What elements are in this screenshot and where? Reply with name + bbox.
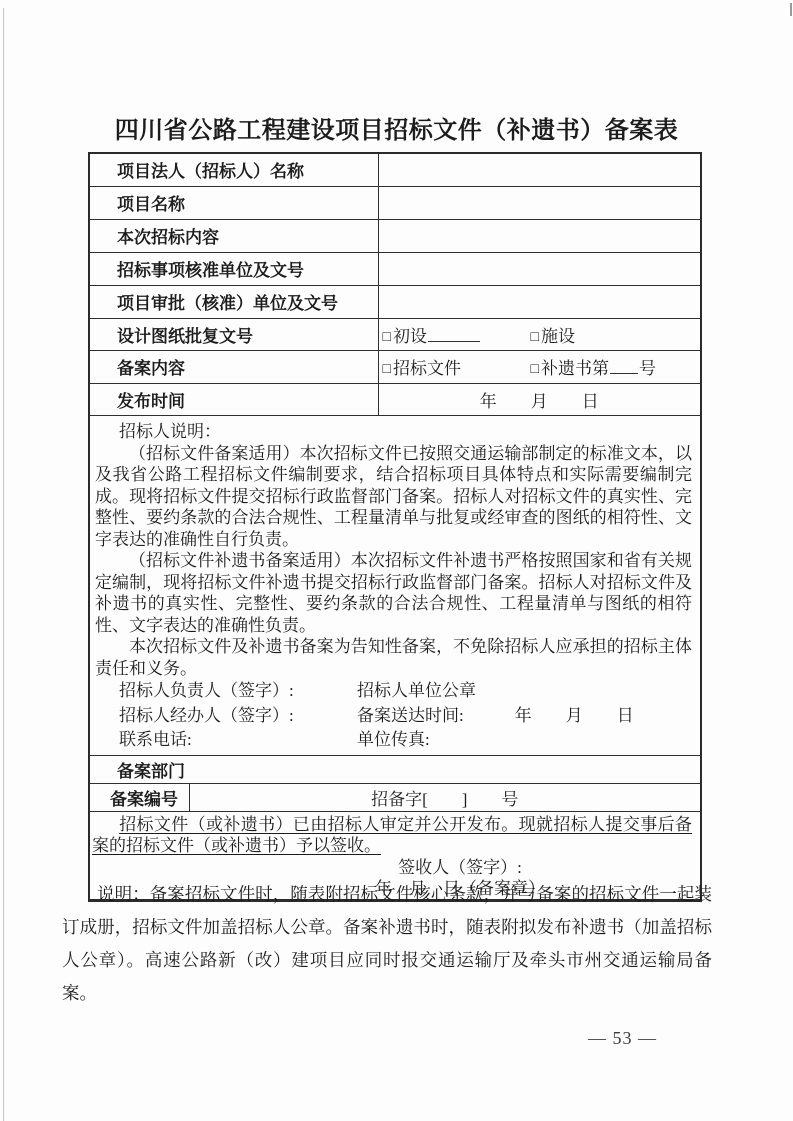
scan-corner-mark <box>790 3 792 16</box>
table-row-bidder-statement: 招标人说明： （招标文件备案适用）本次招标文件已按照交通运输部制定的标准文本，以… <box>89 415 701 755</box>
option-supplement-number: □补遗书第号 <box>531 359 656 378</box>
record-number-value: 招备字[ ] 号 <box>189 783 701 811</box>
record-department-label: 备案部门 <box>89 755 701 783</box>
table-row: 项目法人（招标人）名称 <box>89 153 701 186</box>
table-row: 项目审批（核准）单位及文号 <box>89 285 701 318</box>
row-value-cell <box>378 186 701 219</box>
receiver-sign-label: 签收人（签字）: <box>310 857 610 878</box>
checkbox-icon: □ <box>531 362 539 377</box>
checkbox-icon: □ <box>383 330 391 345</box>
row-label: 备案内容 <box>89 350 378 383</box>
form-title: 四川省公路工程建设项目招标文件（补遗书）备案表 <box>0 110 793 145</box>
table-row: 招标事项核准单位及文号 <box>89 252 701 285</box>
row-label: 发布时间 <box>89 383 378 415</box>
handler-sign-label: 招标人经办人（签字）: <box>119 704 357 729</box>
row-label: 设计图纸批复文号 <box>89 318 378 350</box>
statement-paragraph: （招标文件补遗书备案适用）本次招标文件补遗书严格按照国家和省有关规定编制，现将招… <box>95 550 692 636</box>
record-number-label: 备案编号 <box>89 783 189 811</box>
responsible-person-sign-label: 招标人负责人（签字）: <box>119 679 357 704</box>
signature-row: 招标人经办人（签字）: 备案送达时间: 年 月 日 <box>119 704 692 729</box>
receipt-statement: 招标文件（或补遗书）已由招标人审定并公开发布。现就招标人提交事后备案的招标文件（… <box>92 814 692 856</box>
table-row: 本次招标内容 <box>89 219 701 252</box>
filing-form-table: 项目法人（招标人）名称 项目名称 本次招标内容 招标事项核准单位及文号 项目审批… <box>88 152 702 902</box>
checkbox-icon: □ <box>383 362 391 377</box>
signature-row: 招标人负责人（签字）: 招标人单位公章 <box>119 679 692 704</box>
table-row-publish-date: 发布时间 年 月 日 <box>89 383 701 415</box>
statement-heading: 招标人说明： <box>95 420 692 443</box>
publish-date-cell: 年 月 日 <box>378 383 701 415</box>
fill-in-blank <box>428 327 480 342</box>
table-row-record-department: 备案部门 <box>89 755 701 783</box>
option-label: 初设 <box>393 327 427 346</box>
unit-seal-label: 招标人单位公章 <box>357 679 692 704</box>
option-construction-design: □施设 <box>531 327 575 346</box>
delivery-time-label: 备案送达时间: 年 月 日 <box>357 704 692 729</box>
fill-in-blank <box>610 359 638 374</box>
fax-label: 单位传真: <box>357 728 692 753</box>
statement-paragraph: （招标文件备案适用）本次招标文件已按照交通运输部制定的标准文本，以及我省公路工程… <box>95 443 692 551</box>
bidder-statement-cell: 招标人说明： （招标文件备案适用）本次招标文件已按照交通运输部制定的标准文本，以… <box>89 415 701 755</box>
row-label: 项目审批（核准）单位及文号 <box>89 285 378 318</box>
statement-paragraph: 本次招标文件及补遗书备案为告知性备案，不免除招标人应承担的招标主体责任和义务。 <box>95 636 692 679</box>
page-number: — 53 — <box>588 1028 657 1049</box>
row-label: 项目法人（招标人）名称 <box>89 153 378 186</box>
table-row-design-approval: 设计图纸批复文号 □初设□施设 <box>89 318 701 350</box>
option-label: 招标文件 <box>393 359 461 378</box>
row-value-cell <box>378 252 701 285</box>
scan-edge-line <box>3 8 4 1121</box>
row-value-cell <box>378 153 701 186</box>
footnote: 说明：备案招标文件时，随表附招标文件核心条款，并与备案的招标文件一起装订成册，招… <box>62 878 712 1010</box>
table-row: 项目名称 <box>89 186 701 219</box>
row-value-cell <box>378 285 701 318</box>
phone-label: 联系电话: <box>119 728 357 753</box>
signature-row: 联系电话: 单位传真: <box>119 728 692 753</box>
option-bidding-document: □招标文件 <box>383 354 531 379</box>
option-label: 补遗书第 <box>541 359 609 378</box>
row-value-cell <box>378 219 701 252</box>
row-label: 招标事项核准单位及文号 <box>89 252 378 285</box>
option-label: 施设 <box>541 327 575 346</box>
table-row-record-number: 备案编号 招备字[ ] 号 <box>89 783 701 811</box>
record-options-cell: □招标文件□补遗书第号 <box>378 350 701 383</box>
table-row-record-content: 备案内容 □招标文件□补遗书第号 <box>89 350 701 383</box>
option-label-suffix: 号 <box>639 359 656 378</box>
row-label: 项目名称 <box>89 186 378 219</box>
option-preliminary-design: □初设 <box>383 322 531 347</box>
design-options-cell: □初设□施设 <box>378 318 701 350</box>
row-label: 本次招标内容 <box>89 219 378 252</box>
checkbox-icon: □ <box>531 330 539 345</box>
